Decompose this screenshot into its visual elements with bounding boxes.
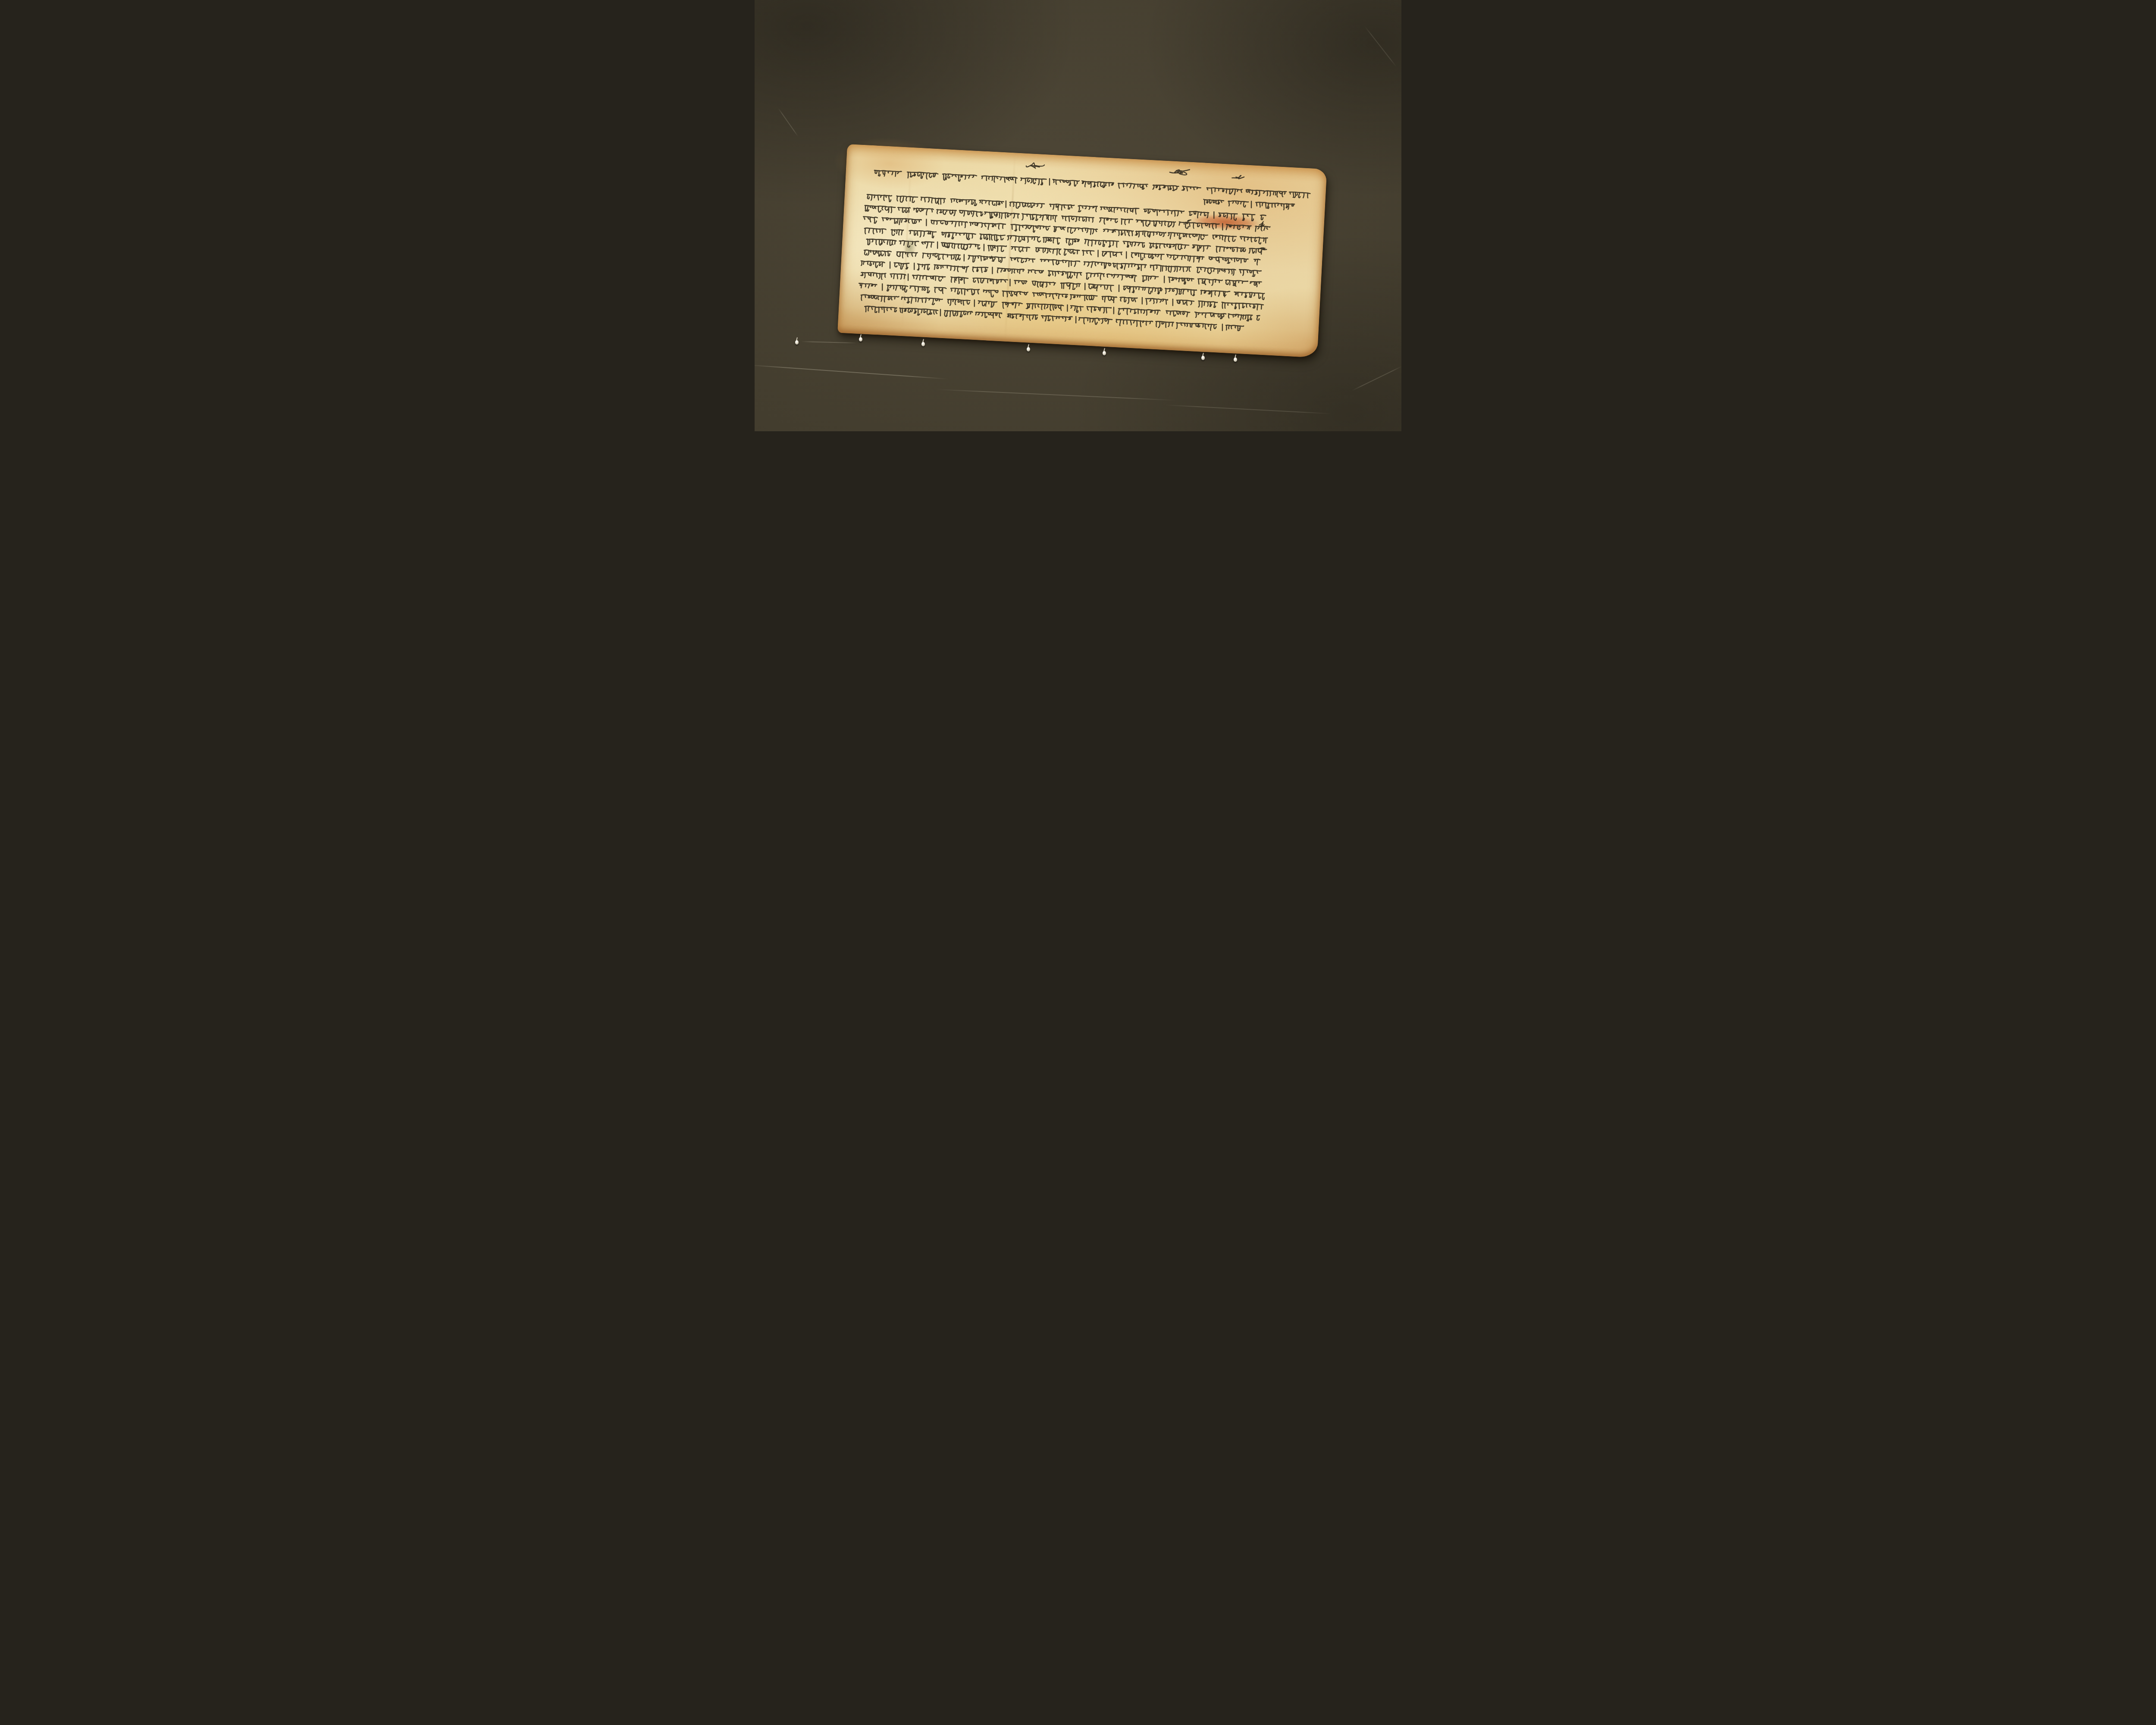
photo-stage xyxy=(755,0,1401,431)
scratch-mark xyxy=(1364,26,1397,67)
scratch-mark xyxy=(1164,405,1332,414)
pin-head xyxy=(1027,347,1030,351)
paper-stain xyxy=(832,135,947,192)
pin-head xyxy=(1201,356,1205,360)
corner-annotation xyxy=(1231,173,1245,183)
pearl-head-pin xyxy=(859,336,863,343)
pin-head xyxy=(921,342,925,346)
header-verse-line xyxy=(1203,197,1297,211)
margin-mark-ga-left xyxy=(1185,217,1192,227)
pin-head xyxy=(859,337,862,342)
pearl-head-pin xyxy=(1201,354,1205,361)
scratch-mark xyxy=(1352,366,1401,391)
scratch-mark xyxy=(801,341,857,343)
folio-number-right xyxy=(1169,164,1191,179)
pearl-head-pin xyxy=(1233,356,1238,363)
manuscript-page xyxy=(837,144,1327,358)
pearl-head-pin xyxy=(1026,346,1031,353)
folio-number-left xyxy=(1025,159,1046,172)
margin-mark-kha xyxy=(1260,244,1268,253)
header-verse-line xyxy=(873,167,1311,200)
pin-head xyxy=(795,340,799,345)
scratch-mark xyxy=(755,364,948,379)
pearl-head-pin xyxy=(795,339,799,346)
pearl-head-pin xyxy=(921,341,925,348)
margin-mark-ga-right xyxy=(1258,220,1265,230)
scratch-mark xyxy=(936,389,1177,401)
pin-head xyxy=(1103,351,1106,355)
scratch-mark xyxy=(778,108,798,136)
pearl-head-pin xyxy=(1102,350,1106,357)
pin-head xyxy=(1234,358,1237,362)
